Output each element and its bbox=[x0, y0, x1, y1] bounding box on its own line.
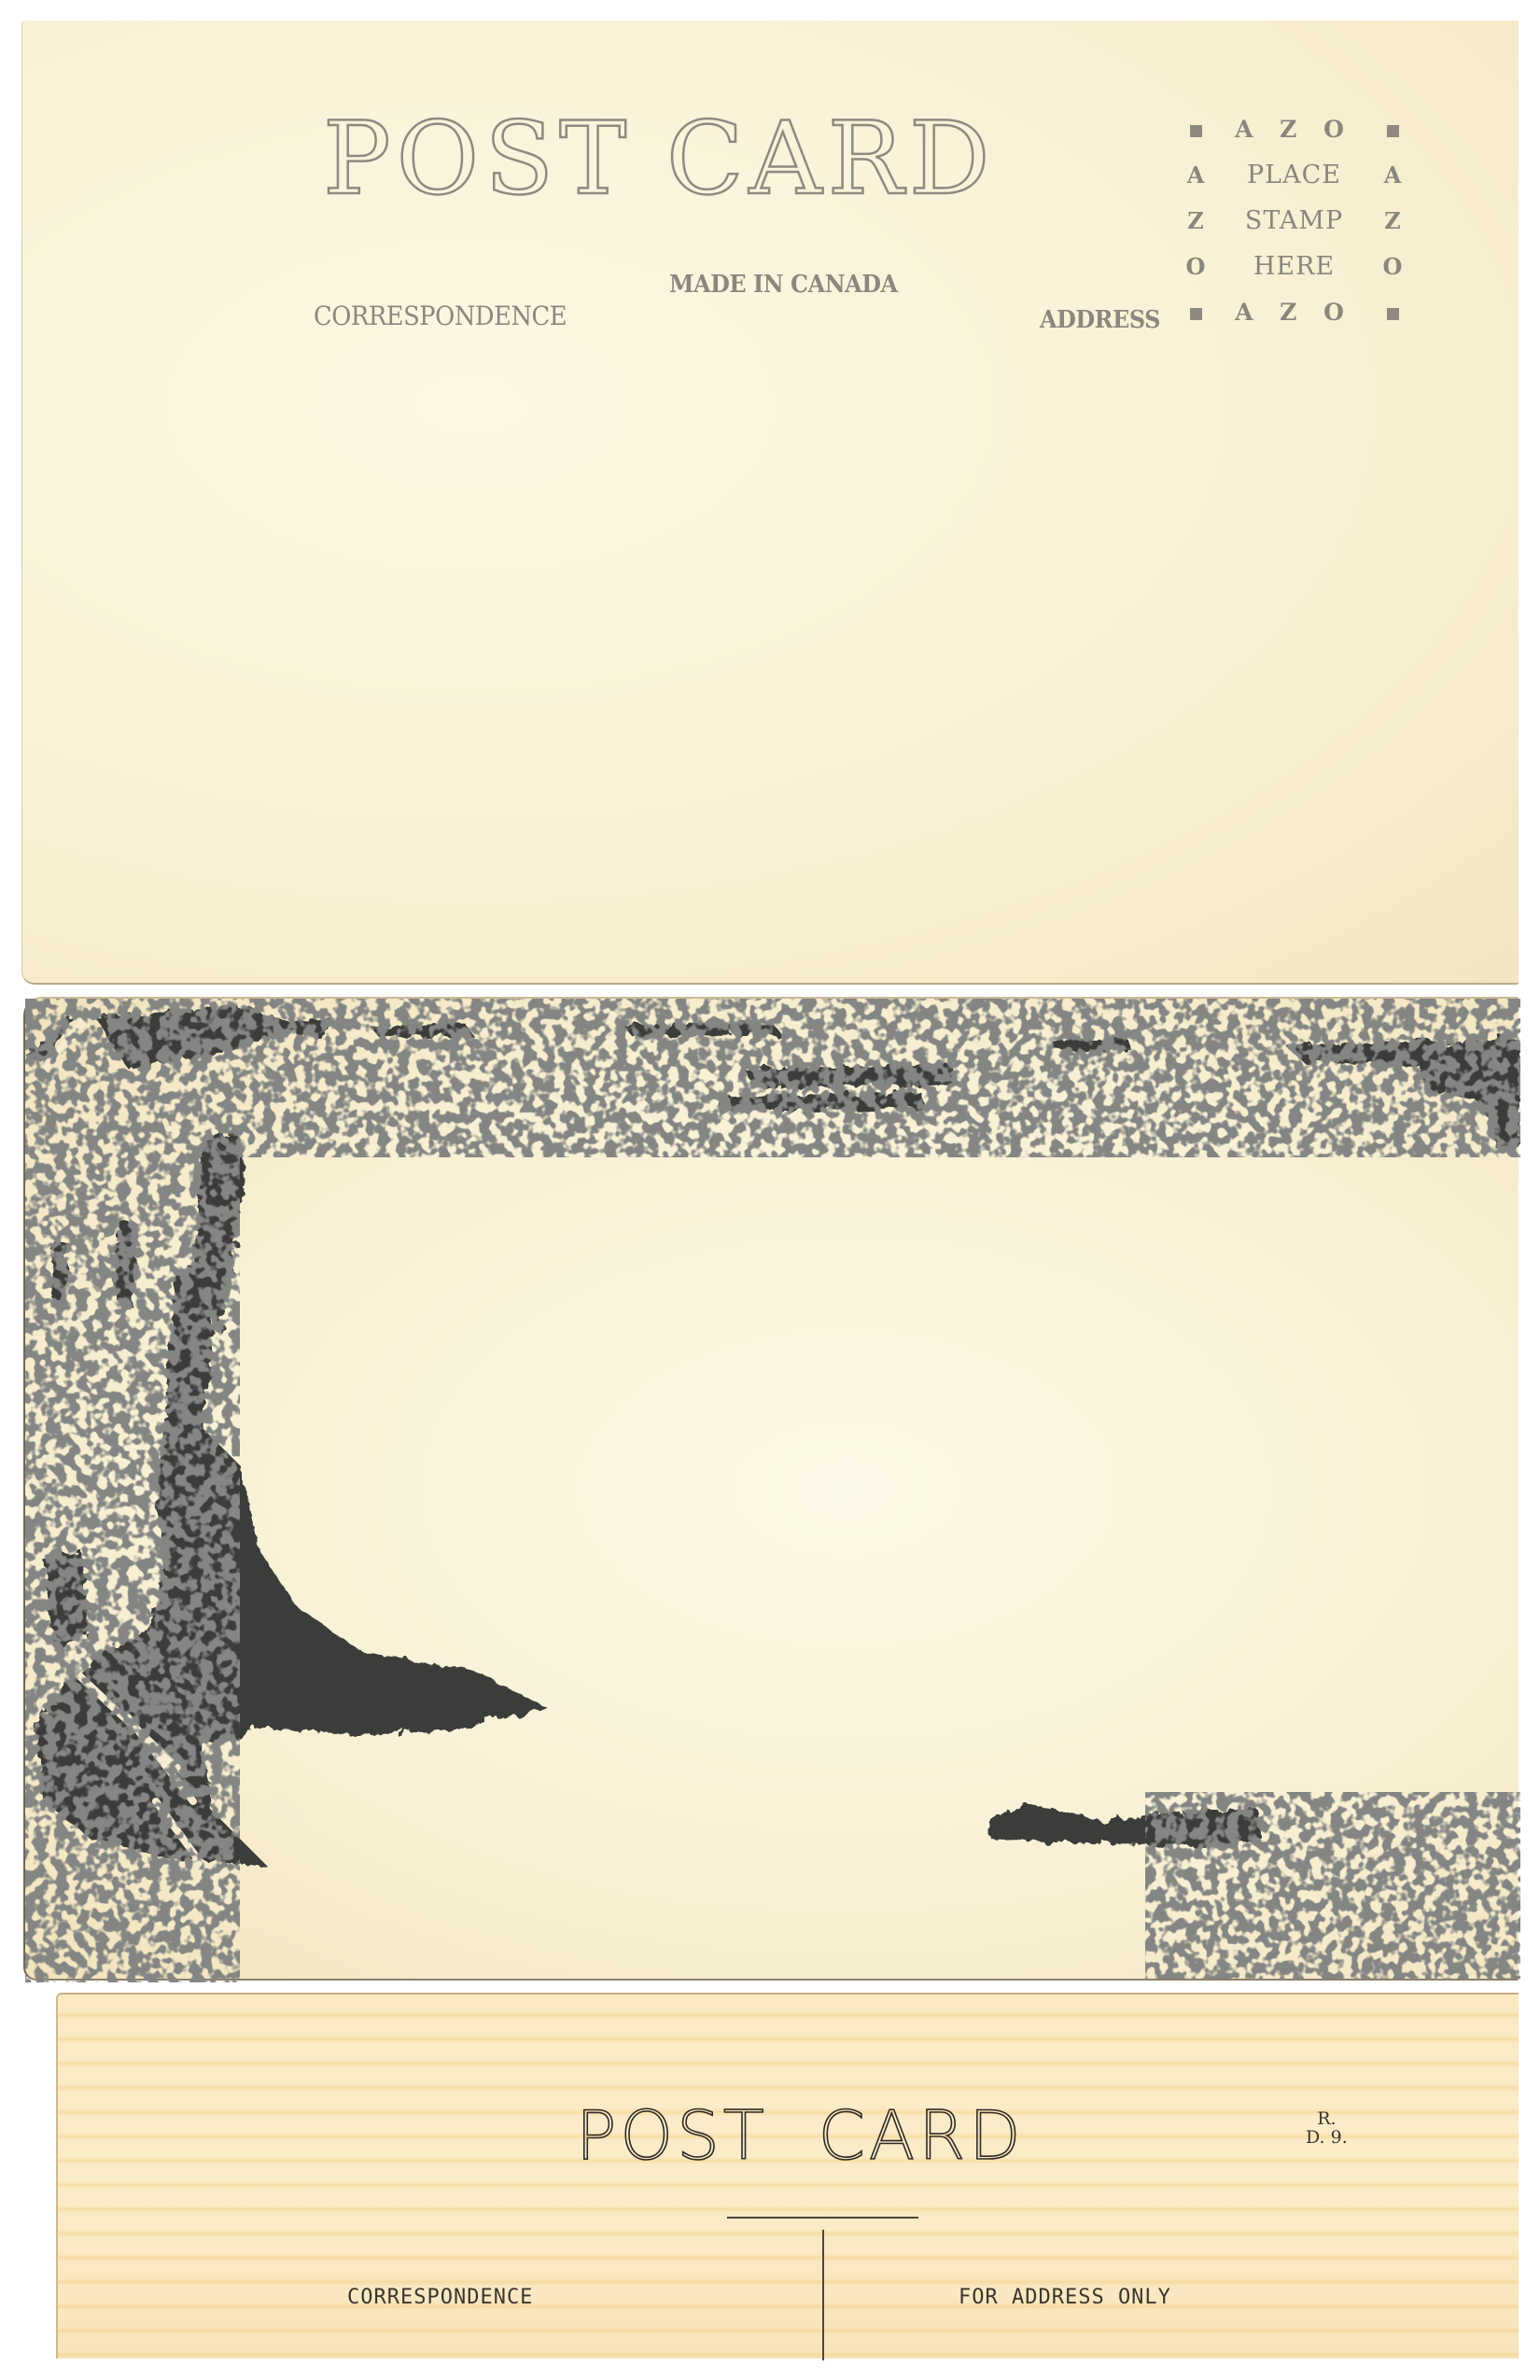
postcard-title: POST CARD bbox=[576, 2102, 1025, 2169]
made-in-canada-label: MADE IN CANADA bbox=[669, 271, 898, 299]
publisher-code-line2: D. 9. bbox=[1306, 2129, 1348, 2148]
correspondence-label: CORRESPONDENCE bbox=[347, 2286, 533, 2309]
postcard-title-post: POST bbox=[576, 2096, 768, 2175]
postcard-azo-back: POST CARD CORRESPONDENCE MADE IN CANADA … bbox=[21, 21, 1519, 985]
stamp-side-letter: Z bbox=[1184, 207, 1207, 234]
stamp-row-text: A Z O bbox=[1207, 116, 1381, 143]
stamp-row: A Z O bbox=[1184, 289, 1404, 335]
stamp-corner-square-icon bbox=[1184, 299, 1207, 326]
stamp-side-letter: O bbox=[1381, 253, 1404, 280]
ink-stain-residue bbox=[25, 999, 1520, 1982]
correspondence-label: CORRESPONDENCE bbox=[314, 301, 567, 331]
address-label: ADDRESS bbox=[1040, 306, 1160, 334]
stamp-row-text: A Z O bbox=[1207, 299, 1381, 326]
postcard-divided-back: POST CARD R. D. 9. CORRESPONDENCE FOR AD… bbox=[56, 1993, 1519, 2359]
postcard-stained-back bbox=[23, 997, 1519, 1981]
postcard-title-card: CARD bbox=[666, 109, 996, 210]
publisher-code: R. D. 9. bbox=[1306, 2110, 1348, 2148]
stamp-corner-square-icon bbox=[1381, 299, 1404, 326]
stamp-corner-square-icon bbox=[1184, 116, 1207, 143]
stamp-box: A Z O A PLACE A Z STAMP Z O HERE O A Z O bbox=[1184, 106, 1404, 335]
stamp-row: Z STAMP Z bbox=[1184, 198, 1404, 244]
stamp-side-letter: A bbox=[1184, 161, 1207, 189]
stamp-row: A PLACE A bbox=[1184, 152, 1404, 198]
vertical-divider bbox=[822, 2230, 824, 2360]
stamp-row: A Z O bbox=[1184, 106, 1404, 152]
postcard-title-card: CARD bbox=[819, 2096, 1025, 2175]
stamp-side-letter: A bbox=[1381, 161, 1404, 189]
stamp-side-letter: Z bbox=[1381, 207, 1404, 234]
stamp-row-text: STAMP bbox=[1207, 206, 1381, 235]
postcard-title-post: POST bbox=[323, 109, 632, 210]
title-underline-divider bbox=[727, 2217, 918, 2219]
stamp-side-letter: O bbox=[1184, 253, 1207, 280]
stamp-corner-square-icon bbox=[1381, 116, 1404, 143]
stamp-row: O HERE O bbox=[1184, 244, 1404, 289]
address-label: FOR ADDRESS ONLY bbox=[959, 2286, 1171, 2309]
stamp-row-text: HERE bbox=[1207, 252, 1381, 281]
stamp-row-text: PLACE bbox=[1207, 161, 1381, 189]
publisher-code-line1: R. bbox=[1306, 2110, 1348, 2129]
